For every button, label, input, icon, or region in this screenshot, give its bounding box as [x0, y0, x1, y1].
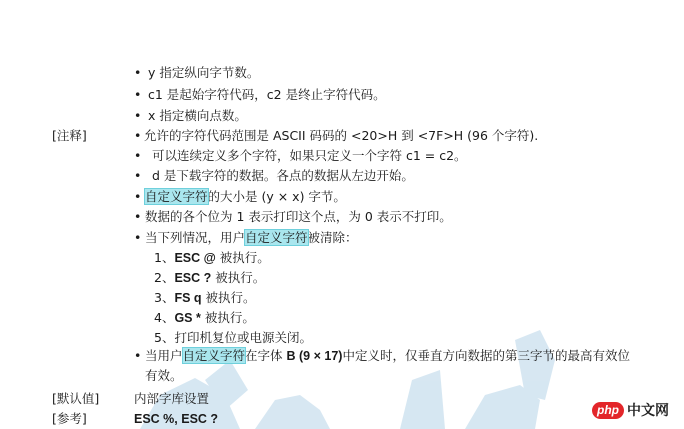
condition-item: 4、GS * 被执行。: [154, 310, 255, 326]
condition-item: 2、ESC ? 被执行。: [154, 270, 265, 286]
note-text: 在字体: [245, 348, 286, 363]
bullet: •: [134, 87, 148, 103]
condition-number: 3、: [154, 290, 174, 305]
param-text: y 指定纵向字节数。: [148, 65, 259, 80]
php-cn-logo: php 中文网: [592, 400, 669, 420]
note-item: •数据的各个位为 1 表示打印这个点，为 0 表示不打印。: [134, 209, 452, 225]
highlighted-term: 自定义字符: [245, 230, 308, 245]
note-item: •当下列情况，用户自定义字符被清除：: [134, 230, 358, 246]
reference-value: ESC %, ESC ?: [134, 411, 218, 427]
bullet: •: [134, 108, 148, 124]
condition-item: 3、FS q 被执行。: [154, 290, 256, 306]
highlighted-term: 自定义字符: [183, 348, 246, 363]
bullet: •: [134, 230, 145, 246]
command-name: GS *: [174, 311, 200, 325]
condition-number: 2、: [154, 270, 174, 285]
bullet: •: [134, 128, 144, 144]
note-text: 的大小是 (y × x) 字节。: [208, 189, 346, 204]
note-text: 中定义时，仅垂直方向数据的第三字节的最高有效位: [342, 348, 630, 363]
notes-label: [注释]: [52, 128, 87, 144]
note-item: •当用户自定义字符在字体 B (9 × 17)中定义时，仅垂直方向数据的第三字节…: [134, 348, 630, 364]
bullet: •: [134, 65, 148, 81]
bullet: •: [134, 209, 145, 225]
bullet: •: [134, 189, 145, 205]
note-text: 当用户: [145, 348, 183, 363]
condition-text: 被执行。: [201, 310, 255, 325]
param-text: x 指定横向点数。: [148, 108, 247, 123]
param-text: c1 是起始字符代码，c2 是终止字符代码。: [148, 87, 386, 102]
bullet: •: [134, 348, 145, 364]
condition-text: 被执行。: [211, 270, 265, 285]
logo-text: 中文网: [627, 400, 669, 420]
condition-item: 1、ESC @ 被执行。: [154, 250, 270, 266]
note-text: 当下列情况，用户: [145, 230, 245, 245]
note-text: 数据的各个位为 1 表示打印这个点，为 0 表示不打印。: [145, 209, 452, 224]
document-page: •y 指定纵向字节数。 •c1 是起始字符代码，c2 是终止字符代码。 •x 指…: [0, 0, 684, 429]
bullet: •: [134, 148, 148, 164]
condition-text: 被执行。: [202, 290, 256, 305]
note-item: • d 是下载字符的数据。各点的数据从左边开始。: [134, 168, 414, 184]
condition-text: 打印机复位或电源关闭。: [174, 330, 312, 345]
condition-text: 被执行。: [216, 250, 270, 265]
note-text: 允许的字符代码范围是 ASCII 码码的 <20>H 到 <7F>H (96 个…: [144, 128, 538, 143]
highlighted-term: 自定义字符: [145, 189, 208, 204]
reference-label: [参考]: [52, 411, 87, 427]
note-item: • 可以连续定义多个字符，如果只定义一个字符 c1 = c2。: [134, 148, 467, 164]
note-item: •允许的字符代码范围是 ASCII 码码的 <20>H 到 <7F>H (96 …: [134, 128, 538, 144]
param-item: •x 指定横向点数。: [134, 108, 247, 124]
font-spec: B (9 × 17): [287, 349, 343, 363]
condition-item: 5、打印机复位或电源关闭。: [154, 330, 312, 346]
note-item-continuation: 有效。: [145, 368, 183, 384]
note-text: d 是下载字符的数据。各点的数据从左边开始。: [148, 168, 414, 183]
condition-number: 1、: [154, 250, 174, 265]
default-value: 内部字库设置: [134, 391, 209, 407]
php-badge-icon: php: [592, 402, 624, 419]
command-name: ESC ?: [174, 271, 211, 285]
note-text: 被清除：: [308, 230, 358, 245]
command-name: FS q: [174, 291, 201, 305]
bullet: •: [134, 168, 148, 184]
param-item: •c1 是起始字符代码，c2 是终止字符代码。: [134, 87, 386, 103]
default-value-label: [默认值]: [52, 391, 99, 407]
command-name: ESC @: [174, 251, 215, 265]
condition-number: 5、: [154, 330, 174, 345]
condition-number: 4、: [154, 310, 174, 325]
param-item: •y 指定纵向字节数。: [134, 65, 259, 81]
note-item: •自定义字符的大小是 (y × x) 字节。: [134, 189, 346, 205]
note-text: 可以连续定义多个字符，如果只定义一个字符 c1 = c2。: [148, 148, 467, 163]
